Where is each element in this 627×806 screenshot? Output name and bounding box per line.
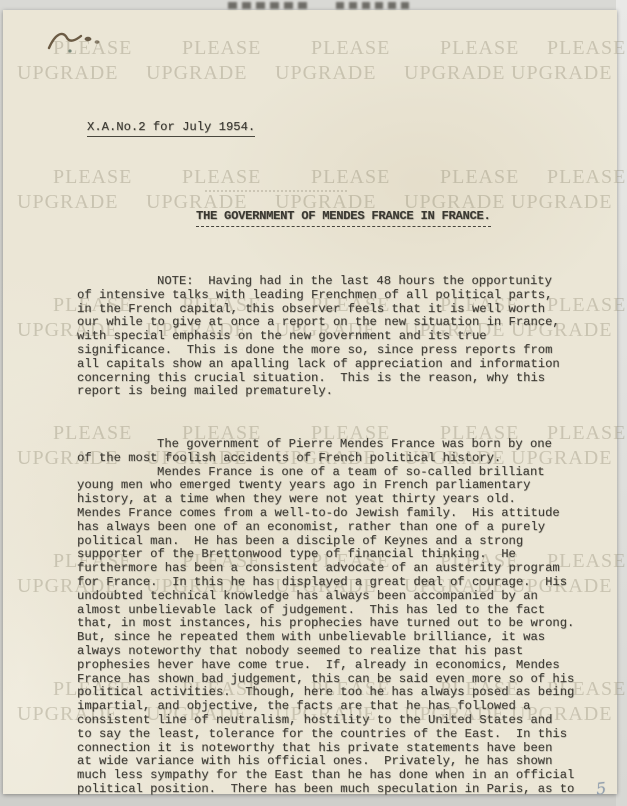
text-line: Mendes France comes from a well-to-do Je… [77, 507, 574, 521]
watermark-word: UPGRADE [17, 62, 118, 85]
watermark-word: PLEASE [440, 37, 519, 60]
watermark-word: UPGRADE [404, 62, 505, 85]
page-number: 5 [595, 778, 607, 798]
watermark-word: PLEASE [547, 37, 626, 60]
text-line: for France. In this he has displayed a g… [77, 576, 574, 590]
text-line: consistent line of neutralism, hostility… [77, 714, 574, 728]
watermark-word: PLEASE [311, 37, 390, 60]
text-line: with special emphasis on the new governm… [77, 330, 560, 344]
text-line: to say the least, tolerance for the coun… [77, 728, 574, 742]
watermark-word: PLEASE [182, 37, 261, 60]
watermark-word: UPGRADE [146, 62, 247, 85]
text-line: of intensive talks with leading Frenchme… [77, 289, 560, 303]
text-line: political position. There has been much … [77, 783, 574, 797]
scan-background: PLEASEUPGRADEPLEASEUPGRADEPLEASEUPGRADEP… [0, 0, 627, 806]
watermark-word: UPGRADE [511, 191, 612, 214]
note-paragraph: NOTE: Having had in the last 48 hours th… [77, 275, 560, 399]
text-line: always noteworthy that nobody seemed to … [77, 645, 574, 659]
text-line: NOTE: Having had in the last 48 hours th… [77, 275, 560, 289]
document-title: THE GOVERNMENT OF MENDES FRANCE IN FRANC… [196, 209, 491, 227]
watermark-word: PLEASE [547, 166, 626, 189]
paragraph: The government of Pierre Mendes France w… [77, 438, 574, 466]
text-line: history, at a time when they were not ye… [77, 493, 574, 507]
document-reference: X.A.No.2 for July 1954. [87, 120, 255, 137]
staple-smudge [336, 2, 410, 9]
paragraph: Mendes France is one of a team of so-cal… [77, 466, 574, 797]
watermark-word: PLEASE [440, 166, 519, 189]
staple-smudge [228, 2, 312, 9]
watermark-word: PLEASE [311, 166, 390, 189]
text-line: The government of Pierre Mendes France w… [77, 438, 574, 452]
document-page: PLEASEUPGRADEPLEASEUPGRADEPLEASEUPGRADEP… [3, 10, 617, 794]
pencil-scribble [43, 24, 107, 60]
body-text: The government of Pierre Mendes France w… [77, 438, 574, 797]
text-line: undoubted technical knowledge has always… [77, 590, 574, 604]
bleed-through-dots [205, 190, 347, 192]
text-line: furthermore has been a consistent advoca… [77, 562, 574, 576]
text-line: impartial, and objective, the facts are … [77, 700, 574, 714]
watermark-word: UPGRADE [511, 62, 612, 85]
text-line: report is being mailed prematurely. [77, 385, 560, 399]
text-line: of the most foolish accidents of French … [77, 452, 574, 466]
text-line: But, since he repeated them with unbelie… [77, 631, 574, 645]
watermark-word: PLEASE [182, 166, 261, 189]
text-line: much less sympathy for the East than he … [77, 769, 574, 783]
text-line: significance. This is done the more so, … [77, 344, 560, 358]
watermark-word: UPGRADE [275, 62, 376, 85]
text-line: has always been one of an economist, rat… [77, 521, 574, 535]
text-line: all capitals show an apalling lack of ap… [77, 358, 560, 372]
watermark-word: PLEASE [53, 166, 132, 189]
text-line: prophesies hever have come true. If, alr… [77, 659, 574, 673]
watermark-word: UPGRADE [17, 191, 118, 214]
